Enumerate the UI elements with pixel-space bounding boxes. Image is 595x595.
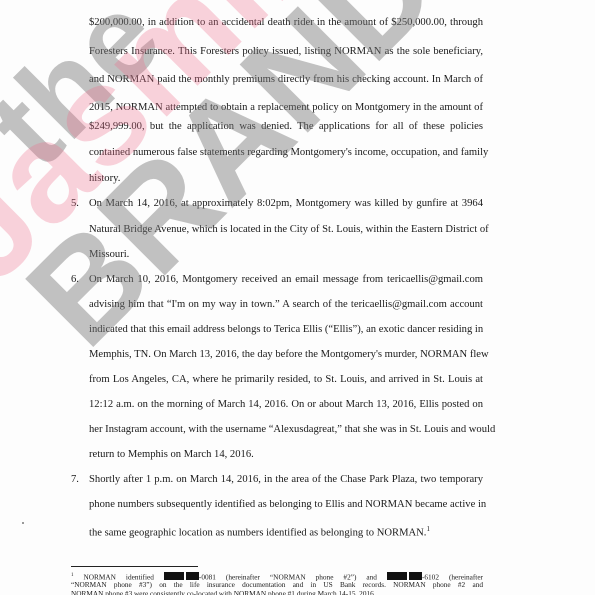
footnote-reference[interactable]: 1 [426, 525, 430, 533]
text-line: and NORMAN paid the monthly premiums dir… [89, 73, 483, 86]
text-line: from Los Angeles, CA, where he primarily… [89, 373, 483, 386]
text-line: history. [89, 172, 483, 185]
footnote-line: NORMAN phone #3 were consistently co-loc… [71, 589, 483, 595]
footnote-divider [71, 566, 198, 567]
text-line: the same geographic location as numbers … [89, 523, 483, 540]
text-line: $249,999.00, but the application was den… [89, 120, 483, 133]
text-line: Missouri. [89, 248, 483, 261]
text-line: $200,000.00, in addition to an accidenta… [89, 16, 483, 29]
text-line-content: the same geographic location as numbers … [89, 528, 426, 539]
text-line: contained numerous false statements rega… [89, 146, 483, 159]
scan-speck [22, 522, 24, 524]
text-line: On March 10, 2016, Montgomery received a… [89, 273, 483, 286]
text-line: 12:12 a.m. on the morning of March 14, 2… [89, 398, 483, 411]
text-line: her Instagram account, with the username… [89, 423, 483, 436]
text-line: Memphis, TN. On March 13, 2016, the day … [89, 348, 483, 361]
text-line: indicated that this email address belong… [89, 323, 483, 336]
paragraph-number: 5. [71, 197, 79, 210]
text-line: Foresters Insurance. This Foresters poli… [89, 45, 483, 58]
text-line: advising him that “I'm on my way in town… [89, 298, 483, 311]
text-line: On March 14, 2016, at approximately 8:02… [89, 197, 483, 210]
paragraph-number: 6. [71, 273, 79, 286]
text-line: 2015, NORMAN attempted to obtain a repla… [89, 101, 483, 114]
text-line: Shortly after 1 p.m. on March 14, 2016, … [89, 473, 483, 486]
text-line: phone numbers subsequently identified as… [89, 498, 483, 511]
paragraph-number: 7. [71, 473, 79, 486]
footnote-line: “NORMAN phone #3”) on the life insurance… [71, 580, 483, 589]
text-line: Natural Bridge Avenue, which is located … [89, 223, 483, 236]
text-line: return to Memphis on March 14, 2016. [89, 448, 483, 461]
document-page: $200,000.00, in addition to an accidenta… [0, 0, 595, 595]
